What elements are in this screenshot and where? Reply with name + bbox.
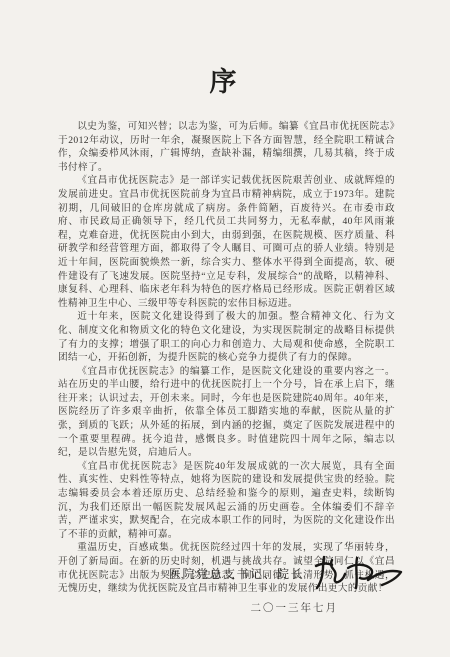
paragraph: 近十年来，医院文化建设得到了极大的加强。整合精神文化、行为文化、制度文化和物质文… <box>58 310 395 364</box>
signature-role: 医院党总支书记、院长 <box>169 565 304 582</box>
page-title: 序 <box>0 0 450 99</box>
signature-block: 医院党总支书记、院长 <box>169 552 404 594</box>
paragraph: 《宜昌市优抚医院志》的编纂工作，是医院文化建设的重要内容之一。站在历史的半山腰，… <box>58 365 395 460</box>
paragraph: 以史为鉴，可知兴替；以志为鉴，可为后师。编纂《宜昌市优抚医院志》于2012年动议… <box>58 120 395 174</box>
scanned-document-page: 序 以史为鉴，可知兴替；以志为鉴，可为后师。编纂《宜昌市优抚医院志》于2012年… <box>0 0 450 657</box>
signature-handwriting <box>312 552 404 594</box>
document-body: 以史为鉴，可知兴替；以志为鉴，可为后师。编纂《宜昌市优抚医院志》于2012年动议… <box>58 120 395 596</box>
paragraph: 《宜昌市优抚医院志》是医院40年发展成就的一次大展览，具有全面性、真实性、史料性… <box>58 460 395 542</box>
date-line: 二〇一三年七月 <box>251 600 339 615</box>
paragraph: 《宜昌市优抚医院志》是一部详实记载优抚医院艰苦创业、成就辉煌的发展前进史。宜昌市… <box>58 174 395 310</box>
